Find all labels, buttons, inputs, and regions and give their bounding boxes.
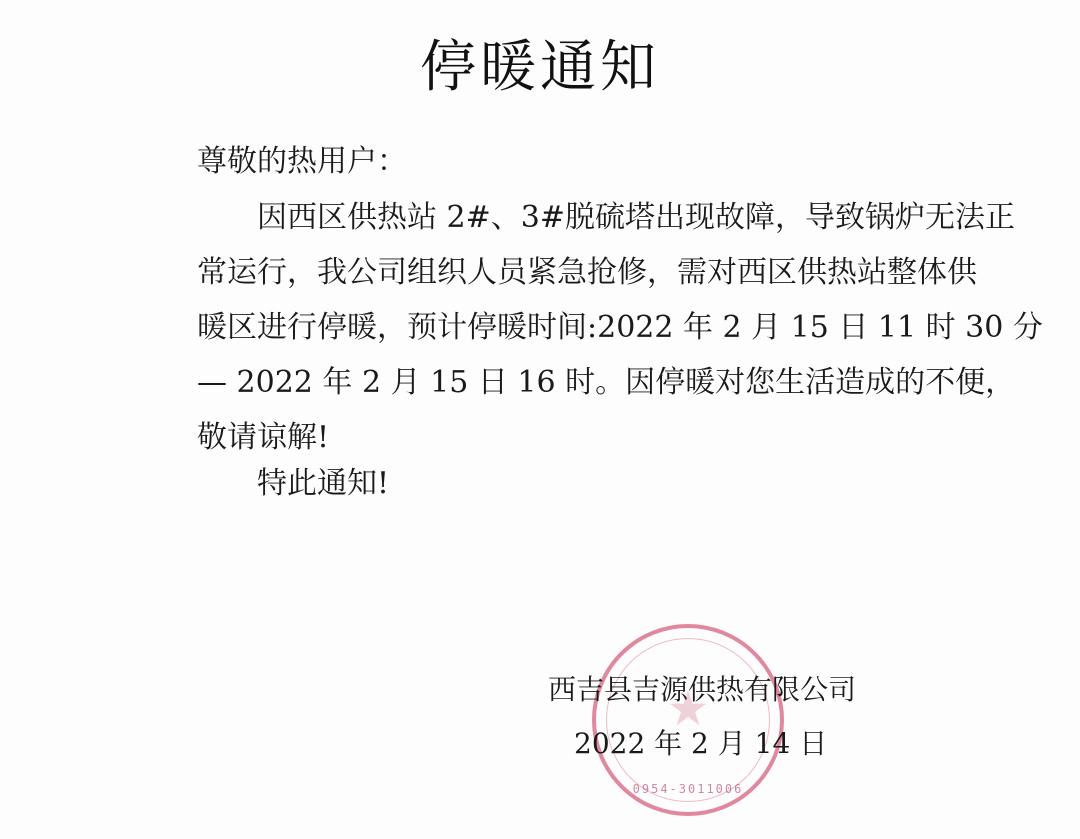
- stamp-code: 0954-3011006: [596, 782, 780, 796]
- signature-date: 2022 年 2 月 14 日: [574, 726, 827, 762]
- body-line: 暖区进行停暖，预计停暖时间:2022 年 2 月 15 日 11 时 30 分: [197, 300, 897, 355]
- notice-title: 停暖通知: [0, 28, 1080, 108]
- body-line: — 2022 年 2 月 15 日 16 时。因停暖对您生活造成的不便，: [197, 355, 897, 410]
- closing-text: 特此通知!: [257, 464, 389, 504]
- salutation: 尊敬的热用户：: [197, 142, 407, 182]
- body-line: 常运行，我公司组织人员紧急抢修，需对西区供热站整体供: [197, 245, 897, 300]
- company-name: 西吉县吉源供热有限公司: [548, 672, 856, 708]
- notice-document: 停暖通知 尊敬的热用户： 因西区供热站 2#、3#脱硫塔出现故障，导致锅炉无法正…: [0, 0, 1080, 839]
- body-line: 敬请谅解!: [197, 410, 897, 465]
- company-seal-stamp: ★ 0954-3011006: [592, 624, 784, 816]
- body-line: 因西区供热站 2#、3#脱硫塔出现故障，导致锅炉无法正: [197, 190, 897, 245]
- notice-body: 因西区供热站 2#、3#脱硫塔出现故障，导致锅炉无法正 常运行，我公司组织人员紧…: [197, 190, 897, 465]
